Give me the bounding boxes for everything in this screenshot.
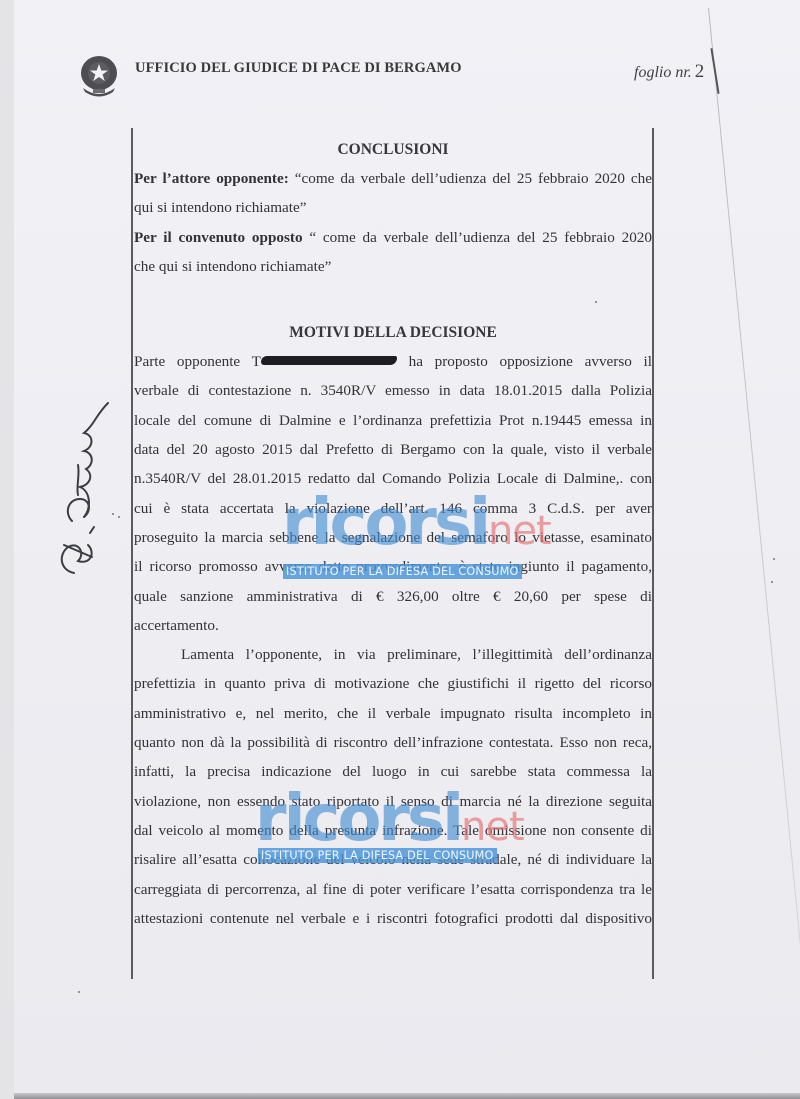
margin-signature <box>50 395 120 580</box>
paragraph-1-line: verbale di contestazione n. 3540R/V emes… <box>134 376 652 405</box>
plaintiff-label: Per l’attore opponente: <box>134 170 289 187</box>
paragraph-2-line: dal veicolo al momento della presunta in… <box>134 816 652 845</box>
plaintiff-conclusion-line-1: Per l’attore opponente: “come da verbale… <box>134 164 652 193</box>
scan-bottom-edge <box>14 1093 800 1099</box>
paragraph-2-line: Lamenta l’opponente, in via preliminare,… <box>134 640 652 669</box>
scan-left-edge <box>0 0 14 1099</box>
office-title: UFFICIO DEL GIUDICE DI PACE DI BERGAMO <box>135 60 462 77</box>
text-frame-left-rule <box>131 128 133 979</box>
paragraph-1-line: data del 20 agosto 2015 dal Prefetto di … <box>134 435 652 464</box>
defendant-conclusion-line-1: Per il convenuto opposto “ come da verba… <box>134 223 652 252</box>
page-label: foglio nr. <box>634 64 692 81</box>
reasons-heading: MOTIVI DELLA DECISIONE <box>134 318 652 347</box>
text-frame-right-rule <box>652 128 654 979</box>
scan-speck <box>118 516 120 518</box>
paragraph-2-line: infatti, la precisa indicazione del luog… <box>134 757 652 786</box>
paragraph-2-line: attestazioni contenute nel verbale e i r… <box>134 904 652 933</box>
paragraph-1-line: accertamento. <box>134 611 652 640</box>
paragraph-2-line: amministrativo e, nel merito, che il ver… <box>134 699 652 728</box>
paragraph-2-line: risalire all’esatta collocazione del vei… <box>134 845 652 874</box>
paragraph-1-line: quale sanzione amministrativa di € 326,0… <box>134 582 652 611</box>
scan-speck <box>771 581 773 583</box>
defendant-conclusion-line-2: che qui si intendono richiamate” <box>134 252 652 281</box>
page-number: foglio nr.2 <box>634 61 704 83</box>
redacted-name <box>261 356 397 365</box>
paragraph-2-line: violazione, non essendo stato riportato … <box>134 787 652 816</box>
conclusions-heading: CONCLUSIONI <box>134 135 652 164</box>
italian-republic-emblem-icon <box>79 54 119 98</box>
paragraph-1-line: il ricorso promosso avverso detto provve… <box>134 552 652 581</box>
paragraph-1-line: Parte opponente T ha proposto opposizion… <box>134 347 652 376</box>
paragraph-2-line: carreggiata di percorrenza, al fine di p… <box>134 875 652 904</box>
scan-speck <box>595 301 597 303</box>
defendant-label: Per il convenuto opposto <box>134 229 303 246</box>
scan-speck <box>112 513 114 515</box>
paragraph-1-line: cui è stata accertata la violazione dell… <box>134 494 652 523</box>
document-body: CONCLUSIONI Per l’attore opponente: “com… <box>134 128 652 933</box>
paper-fold-line <box>708 8 800 1093</box>
plaintiff-conclusion-line-2: qui si intendono richiamate” <box>134 193 652 222</box>
paragraph-2-line: quanto non dà la possibilità di riscontr… <box>134 728 652 757</box>
paragraph-1-line: proseguito la marcia sebbene la segnalaz… <box>134 523 652 552</box>
paragraph-1-line: locale del comune di Dalmine e l’ordinan… <box>134 406 652 435</box>
scan-speck <box>78 991 80 993</box>
scan-speck <box>773 558 775 560</box>
paragraph-1-line: n.3540R/V del 28.01.2015 redatto dal Com… <box>134 464 652 493</box>
paragraph-2-line: prefettizia in quanto priva di motivazio… <box>134 669 652 698</box>
scanned-page: UFFICIO DEL GIUDICE DI PACE DI BERGAMO f… <box>0 0 800 1099</box>
page-number-value: 2 <box>695 61 705 82</box>
